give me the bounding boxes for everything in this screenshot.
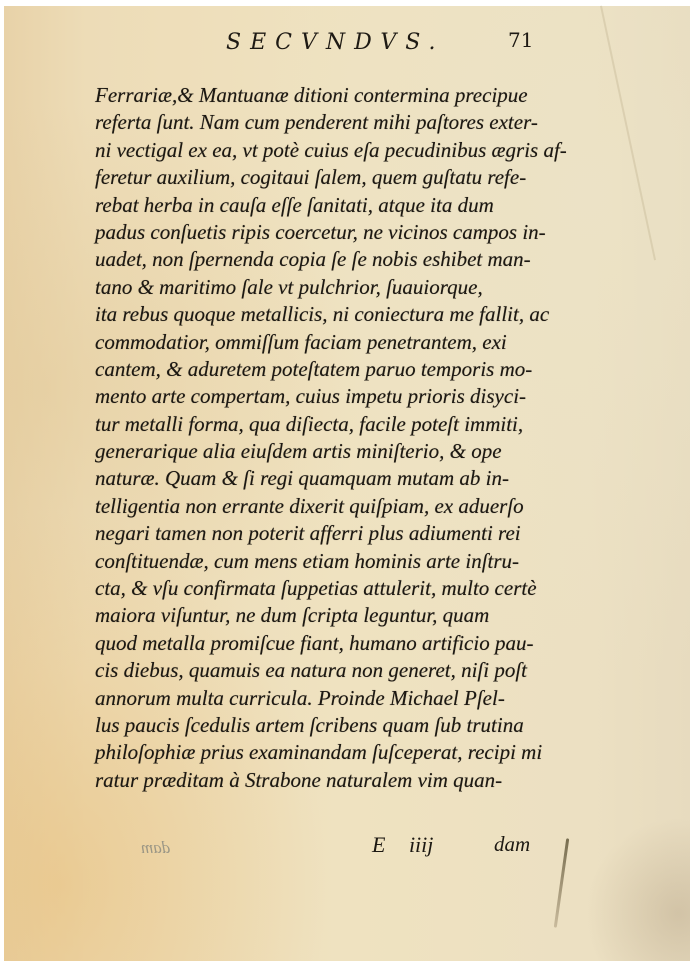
text-line: ratur præditam à Strabone naturalem vim … <box>95 767 565 794</box>
text-line: negari tamen non poterit afferri plus ad… <box>95 520 565 547</box>
text-line: Ferrariæ,& Mantuanæ ditioni contermina p… <box>95 82 565 109</box>
text-line: padus conſuetis ripis coercetur, ne vici… <box>95 219 565 246</box>
text-line: tur metalli forma, qua diſiecta, facile … <box>95 411 565 438</box>
text-line: conſtituendæ, cum mens etiam hominis art… <box>95 548 565 575</box>
text-line: lus paucis ſcedulis artem ſcribens quam … <box>95 712 565 739</box>
text-line: cta, & vſu confirmata ſuppetias attuleri… <box>95 575 565 602</box>
text-line: quod metalla promiſcue fiant, humano art… <box>95 630 565 657</box>
page-footer: E iiij dam <box>4 832 690 862</box>
text-line: cantem, & aduretem poteſtatem paruo temp… <box>95 356 565 383</box>
text-line: ni vectigal ex ea, vt potè cuius eſa pec… <box>95 137 565 164</box>
corner-shadow <box>570 801 690 961</box>
text-line: tano & maritimo ſale vt pulchrior, ſuaui… <box>95 274 565 301</box>
text-line: generarique alia eiuſdem artis miniſteri… <box>95 438 565 465</box>
text-line: commodatior, ommiſſum faciam penetrantem… <box>95 329 565 356</box>
text-line: telligentia non errante dixerit quiſpiam… <box>95 493 565 520</box>
text-line: referta ſunt. Nam cum penderent mihi paſ… <box>95 109 565 136</box>
text-line: maiora viſuntur, ne dum ſcripta leguntur… <box>95 602 565 629</box>
text-line: annorum multa curricula. Proinde Michael… <box>95 685 565 712</box>
text-line: feretur auxilium, cogitaui ſalem, quem g… <box>95 164 565 191</box>
page-header: SECVNDVS. 71 <box>4 26 690 66</box>
text-line: cis diebus, quamuis ea natura non genere… <box>95 657 565 684</box>
running-head: SECVNDVS. <box>226 30 445 55</box>
book-page: SECVNDVS. 71 Ferrariæ,& Mantuanæ ditioni… <box>4 6 690 961</box>
text-line: mento arte compertam, cuius impetu prior… <box>95 383 565 410</box>
text-line: philoſophiæ prius examinandam ſuſceperat… <box>95 739 565 766</box>
page-number: 71 <box>508 28 533 52</box>
text-line: rebat herba in cauſa eſſe ſanitati, atqu… <box>95 192 565 219</box>
signature-mark: E iiij <box>372 832 433 858</box>
catchword: dam <box>494 832 530 857</box>
text-line: naturæ. Quam & ſi regi quamquam mutam ab… <box>95 465 565 492</box>
body-text: Ferrariæ,& Mantuanæ ditioni contermina p… <box>95 82 565 794</box>
text-line: ita rebus quoque metallicis, ni coniectu… <box>95 301 565 328</box>
text-line: uadet, non ſpernenda copia ſe ſe nobis e… <box>95 246 565 273</box>
